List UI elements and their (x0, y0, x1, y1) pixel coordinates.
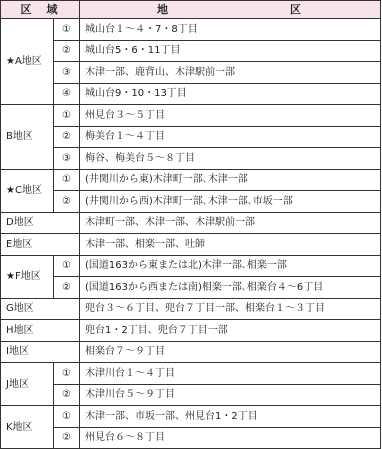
row-location: 木津町一部、木津一部、木津駅前一部 (80, 212, 381, 234)
row-location: (国道163から西または南)相楽一部､相楽台４～6丁目 (80, 277, 381, 299)
row-location: 梅谷、梅美台５～８丁目 (80, 148, 381, 170)
table-row: B地区 ① 州見台３～５丁目 (1, 105, 381, 127)
row-location: 州見台３～５丁目 (80, 105, 381, 127)
header-location-a: 地 (157, 3, 170, 16)
row-num: ① (54, 255, 80, 277)
row-location: 木津一部、相楽一部、吐師 (80, 234, 381, 256)
row-num: ③ (54, 148, 80, 170)
row-num: ② (54, 384, 80, 404)
row-num: ② (54, 40, 80, 62)
area-e: E地区 (1, 234, 80, 256)
table-row: I地区 相楽台７～９丁目 (1, 341, 381, 363)
row-location: 城山台１～４・7・8丁目 (80, 19, 381, 41)
row-location: 相楽台７～９丁目 (80, 341, 381, 363)
row-location: 兜台1・2丁目、兜台７丁目一部 (80, 320, 381, 342)
row-location: 兜台３～６丁目、兜台７丁目一部、相楽台１～３丁目 (80, 298, 381, 320)
district-table: 区 域 地区 ★A地区 ① 城山台１～４・7・8丁目 ②城山台5・6・11丁目 … (0, 0, 381, 404)
row-num: ② (54, 126, 80, 148)
row-location: 城山台9・10・13丁目 (80, 83, 381, 105)
area-h: H地区 (1, 320, 80, 342)
table-row: ②梅美台１～４丁目 (1, 126, 381, 148)
table-row: ③木津一部、鹿背山、木津駅前一部 (1, 62, 381, 84)
table-row: J地区 ① 木津川台１～４丁目 (1, 363, 381, 385)
area-f: ★F地区 (1, 255, 54, 298)
row-num: ③ (54, 62, 80, 84)
table-row: ④城山台9・10・13丁目 (1, 83, 381, 105)
row-num: ② (54, 191, 80, 213)
table-row: ②(国道163から西または南)相楽一部､相楽台４～6丁目 (1, 277, 381, 299)
row-num: ④ (54, 83, 80, 105)
header-location-b: 区 (290, 3, 303, 16)
row-location: 木津川台１～４丁目 (80, 363, 381, 385)
table-row: ②城山台5・6・11丁目 (1, 40, 381, 62)
row-location: 木津一部、鹿背山、木津駅前一部 (80, 62, 381, 84)
area-g: G地区 (1, 298, 80, 320)
row-location: (井関川から西)木津町一部､木津一部､市坂一部 (80, 191, 381, 213)
row-num: ① (54, 105, 80, 127)
row-location: 梅美台１～４丁目 (80, 126, 381, 148)
row-num: ② (54, 277, 80, 299)
table-row: ★A地区 ① 城山台１～４・7・8丁目 (1, 19, 381, 41)
table-row: ★C地区 ① (井関川から東)木津町一部､木津一部 (1, 169, 381, 191)
header-area: 区 域 (1, 1, 80, 19)
row-num: ① (54, 19, 80, 41)
table-row: ★F地区 ① (国道163から東または北)木津一部､相楽一部 (1, 255, 381, 277)
row-num: ① (54, 169, 80, 191)
header-row: 区 域 地区 (1, 1, 381, 19)
row-location: 城山台5・6・11丁目 (80, 40, 381, 62)
row-num: ① (54, 363, 80, 385)
area-a: ★A地区 (1, 19, 54, 105)
area-b: B地区 (1, 105, 54, 170)
row-location: 木津川台５～９丁目 (80, 384, 381, 404)
table-row: E地区 木津一部、相楽一部、吐師 (1, 234, 381, 256)
area-j: J地区 (1, 363, 54, 405)
area-d: D地区 (1, 212, 80, 234)
table-row: H地区 兜台1・2丁目、兜台７丁目一部 (1, 320, 381, 342)
table-row: D地区 木津町一部、木津一部、木津駅前一部 (1, 212, 381, 234)
area-c: ★C地区 (1, 169, 54, 212)
table-row: ②木津川台５～９丁目 (1, 384, 381, 404)
table-row: ③梅谷、梅美台５～８丁目 (1, 148, 381, 170)
table-row: G地区 兜台３～６丁目、兜台７丁目一部、相楽台１～３丁目 (1, 298, 381, 320)
table-row: ②(井関川から西)木津町一部､木津一部､市坂一部 (1, 191, 381, 213)
header-location: 地区 (80, 1, 381, 19)
row-location: (国道163から東または北)木津一部､相楽一部 (80, 255, 381, 277)
row-location: (井関川から東)木津町一部､木津一部 (80, 169, 381, 191)
area-i: I地区 (1, 341, 80, 363)
